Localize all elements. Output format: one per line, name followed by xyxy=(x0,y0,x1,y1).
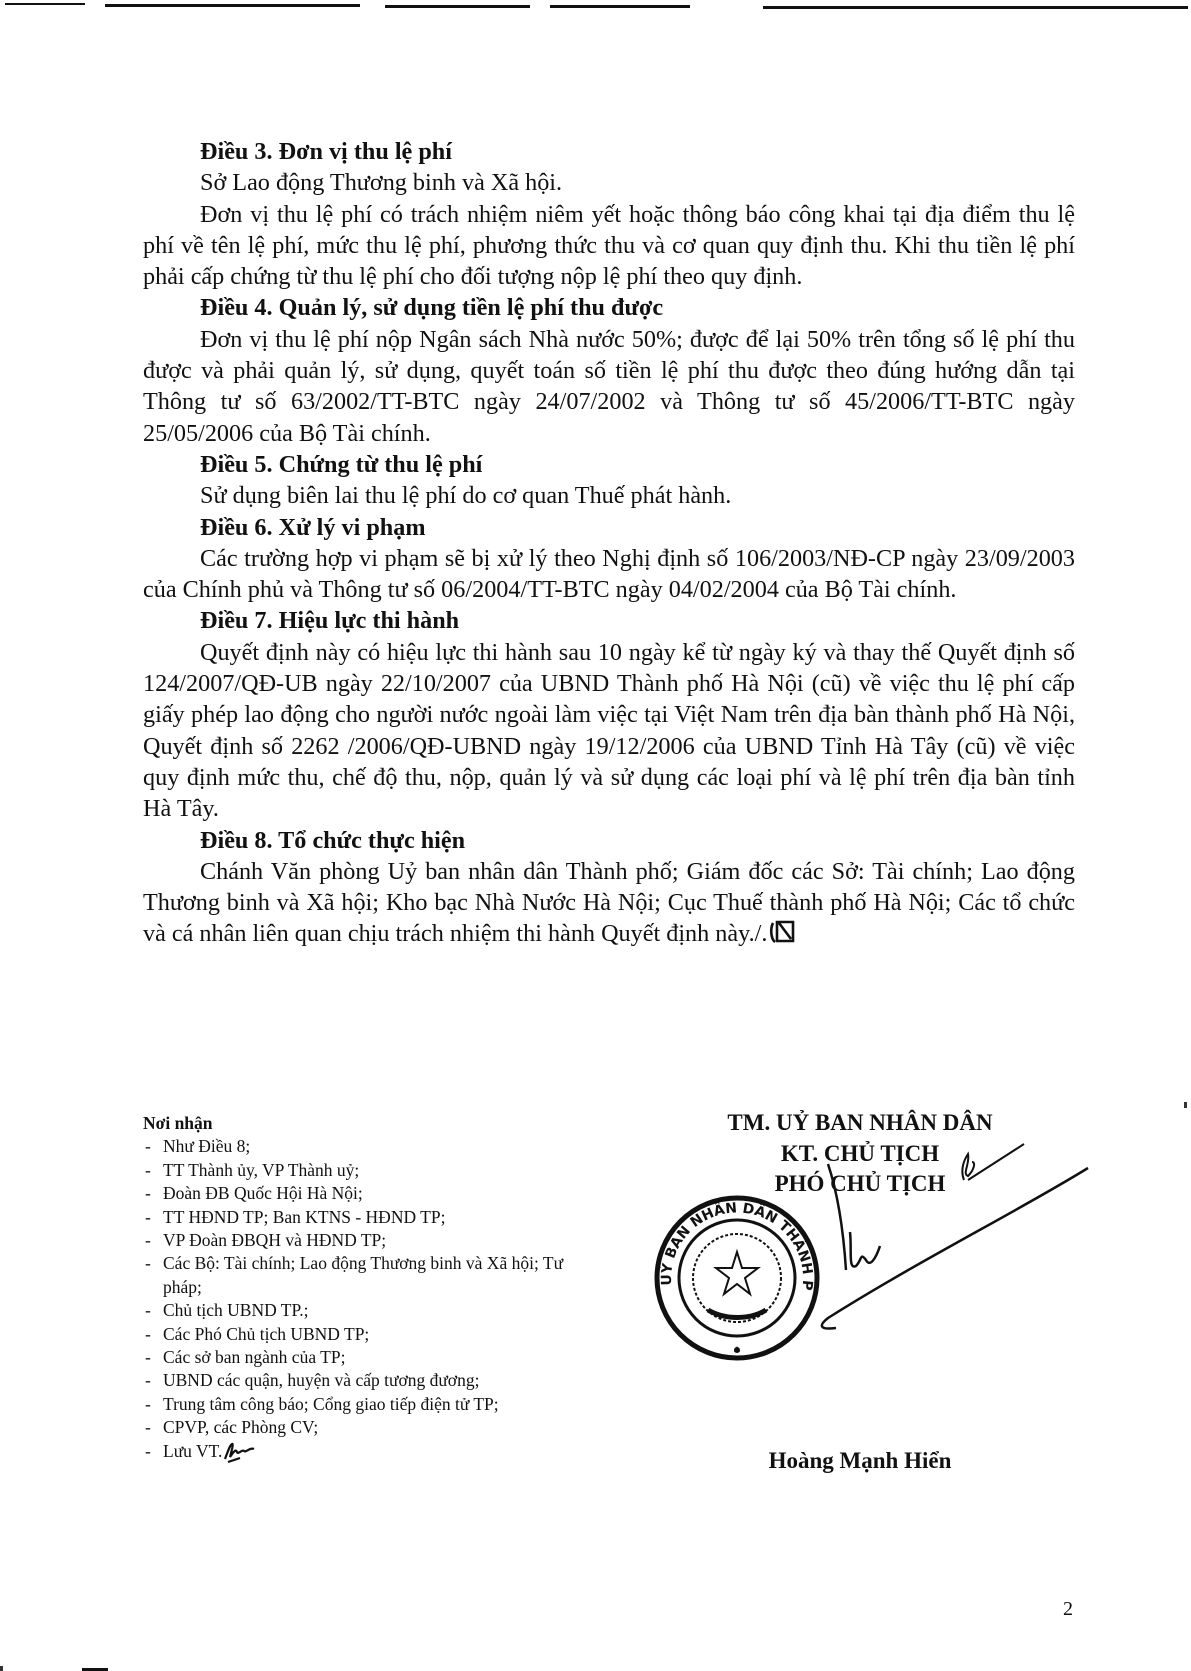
article-heading: Điều 5. Chứng từ thu lệ phí xyxy=(143,449,1075,480)
recipient-item: Các Phó Chủ tịch UBND TP; xyxy=(143,1323,603,1346)
scan-artifact-dot xyxy=(1184,1102,1187,1108)
recipient-item: Các sở ban ngành của TP; xyxy=(143,1346,603,1369)
article-paragraph: Các trường hợp vi phạm sẽ bị xử lý theo … xyxy=(143,543,1075,606)
recipient-item: TT HĐND TP; Ban KTNS - HĐND TP; xyxy=(143,1206,603,1229)
scan-artifact-line xyxy=(763,6,1188,9)
article-heading: Điều 8. Tổ chức thực hiện xyxy=(143,825,1075,856)
article-paragraph: Quyết định này có hiệu lực thi hành sau … xyxy=(143,637,1075,825)
recipient-item-text: Lưu VT. xyxy=(163,1441,222,1461)
svg-text:UỶ BAN NHÂN DÂN THÀNH PHỐ HÀ N: UỶ BAN NHÂN DÂN THÀNH PHỐ HÀ NỘI xyxy=(650,1190,815,1291)
document-body: Điều 3. Đơn vị thu lệ phí Sở Lao động Th… xyxy=(143,136,1075,950)
article-paragraph: Sở Lao động Thương binh và Xã hội. xyxy=(143,167,1075,198)
article-heading: Điều 3. Đơn vị thu lệ phí xyxy=(143,136,1075,167)
recipient-item: Lưu VT. xyxy=(143,1440,603,1463)
page-number: 2 xyxy=(1063,1598,1073,1621)
recipient-item: Đoàn ĐB Quốc Hội Hà Nội; xyxy=(143,1182,603,1205)
official-seal-icon: UỶ BAN NHÂN DÂN THÀNH PHỐ HÀ NỘI xyxy=(650,1190,825,1365)
recipient-item: Như Điều 8; xyxy=(143,1135,603,1158)
recipient-item: Trung tâm công báo; Cổng giao tiếp điện … xyxy=(143,1393,603,1416)
recipient-item: CPVP, các Phòng CV; xyxy=(143,1416,603,1439)
signature-line-1: TM. UỶ BAN NHÂN DÂN xyxy=(660,1108,1060,1139)
article-paragraph: Sử dụng biên lai thu lệ phí do cơ quan T… xyxy=(143,480,1075,511)
article-paragraph: Đơn vị thu lệ phí có trách nhiệm niêm yế… xyxy=(143,199,1075,293)
signature-stroke-icon xyxy=(800,1160,1090,1390)
recipients-block: Nơi nhận Như Điều 8; TT Thành ủy, VP Thà… xyxy=(143,1112,603,1463)
initial-mark-icon xyxy=(769,919,797,945)
recipient-item: TT Thành ủy, VP Thành uỷ; xyxy=(143,1159,603,1182)
article-heading: Điều 6. Xử lý vi phạm xyxy=(143,512,1075,543)
initial-signature-icon xyxy=(222,1441,256,1463)
scan-artifact-line xyxy=(105,4,360,7)
article-paragraph: Chánh Văn phòng Uỷ ban nhân dân Thành ph… xyxy=(143,856,1075,950)
scan-artifact-dot xyxy=(0,1666,3,1671)
article-heading: Điều 7. Hiệu lực thi hành xyxy=(143,605,1075,636)
signer-name: Hoàng Mạnh Hiển xyxy=(660,1448,1060,1474)
scan-artifact-line xyxy=(550,5,690,8)
article-paragraph: Đơn vị thu lệ phí nộp Ngân sách Nhà nước… xyxy=(143,324,1075,449)
recipients-list: Như Điều 8; TT Thành ủy, VP Thành uỷ; Đo… xyxy=(143,1135,603,1463)
recipients-title: Nơi nhận xyxy=(143,1112,603,1135)
recipient-item: VP Đoàn ĐBQH và HĐND TP; xyxy=(143,1229,603,1252)
recipient-item: Chủ tịch UBND TP.; xyxy=(143,1299,603,1322)
scan-artifact-line xyxy=(385,5,530,8)
scan-artifact-line xyxy=(5,3,85,5)
article-paragraph-text: Chánh Văn phòng Uỷ ban nhân dân Thành ph… xyxy=(143,858,1075,948)
recipient-item: Các Bộ: Tài chính; Lao động Thương binh … xyxy=(143,1252,603,1299)
article-heading: Điều 4. Quản lý, sử dụng tiền lệ phí thu… xyxy=(143,292,1075,323)
recipient-item: UBND các quận, huyện và cấp tương đương; xyxy=(143,1369,603,1392)
